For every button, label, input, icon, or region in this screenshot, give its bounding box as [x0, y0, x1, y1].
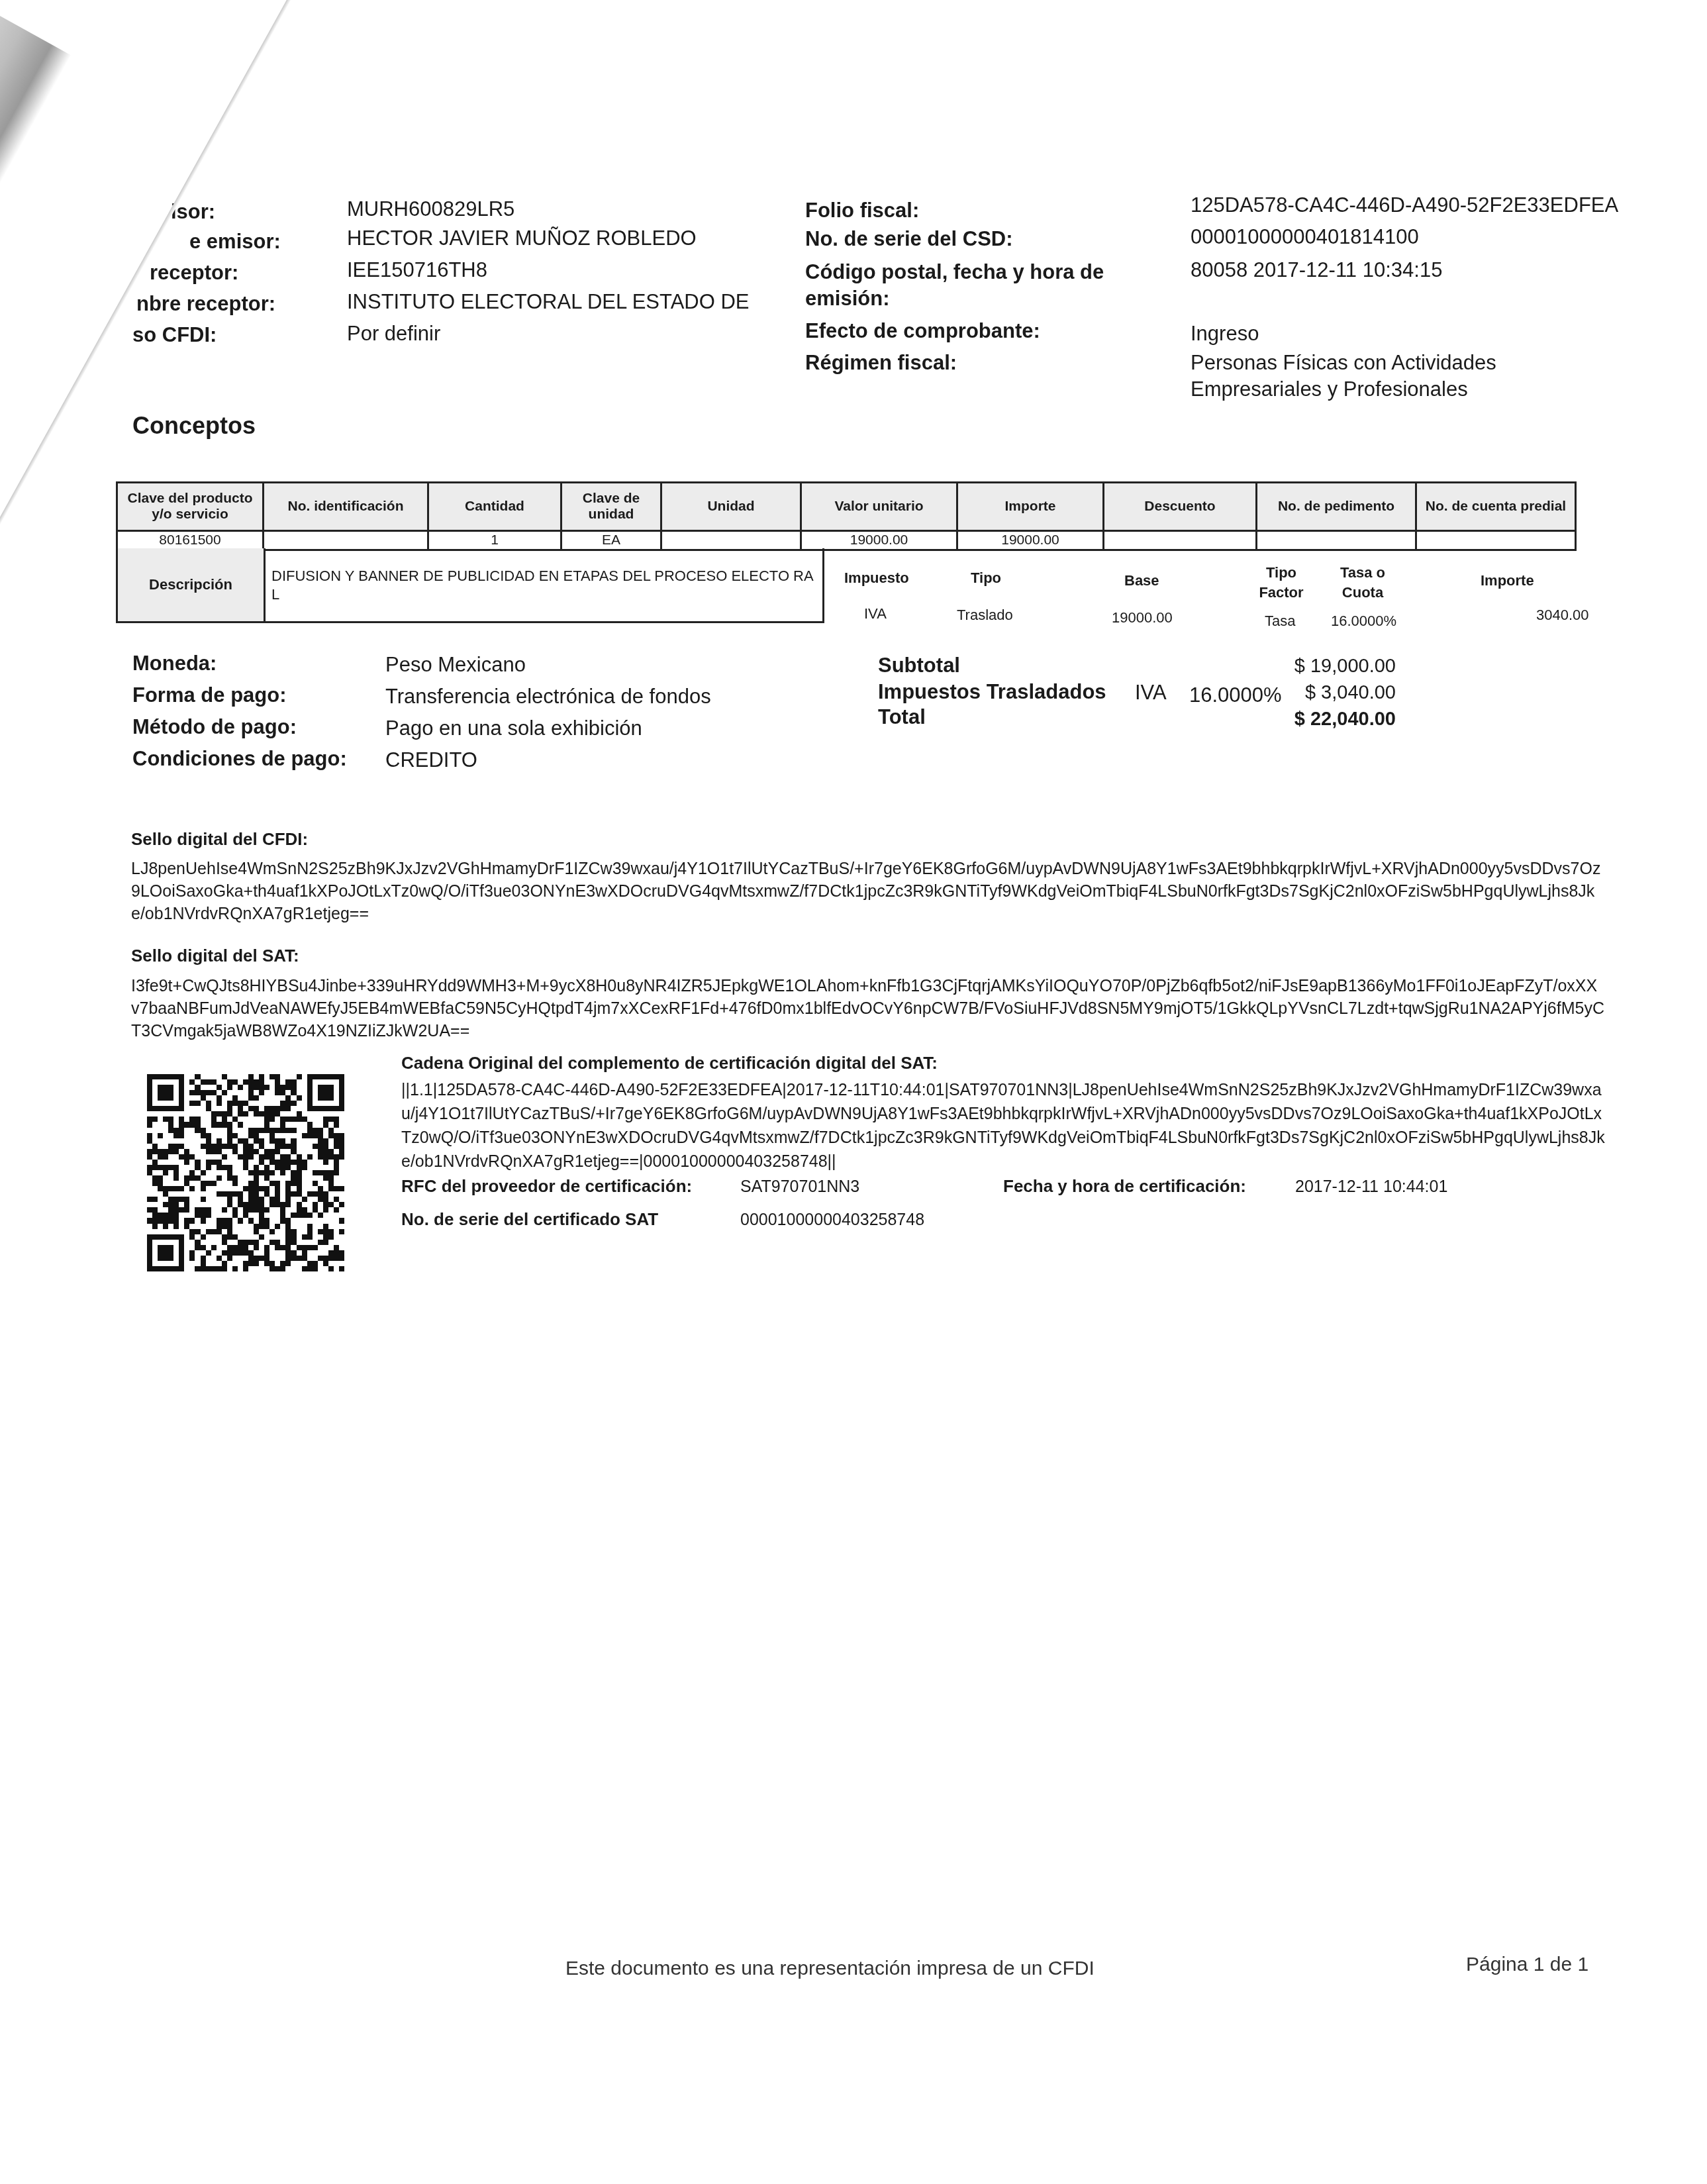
- page-number: Página 1 de 1: [1466, 1954, 1588, 1976]
- emisor-rfc-value: MURH600829LR5: [347, 197, 514, 221]
- impuestos-name: IVA: [1135, 681, 1167, 705]
- tax-tipo: Traslado: [957, 607, 1013, 624]
- cell-descuento: [1104, 531, 1257, 550]
- total-label: Total: [878, 705, 926, 729]
- serie-sat-label: No. de serie del certificado SAT: [401, 1209, 658, 1230]
- tax-header-importe: Importe: [1481, 571, 1534, 591]
- forma-pago-value: Transferencia electrónica de fondos: [385, 685, 711, 709]
- tax-tipo-factor: Tasa: [1265, 613, 1295, 630]
- condiciones-pago-label: Condiciones de pago:: [132, 747, 347, 771]
- col-importe: Importe: [957, 483, 1104, 531]
- emisor-name-label: e emisor:: [189, 230, 281, 254]
- descripcion-label: Descripción: [118, 548, 266, 621]
- efecto-label: Efecto de comprobante:: [805, 319, 1040, 343]
- footer-note: Este documento es una representación imp…: [565, 1958, 1095, 1980]
- cell-cantidad: 1: [428, 531, 561, 550]
- tax-base: 19000.00: [1112, 609, 1173, 626]
- tax-tasa: 16.0000%: [1331, 613, 1396, 630]
- conceptos-title: Conceptos: [132, 412, 256, 440]
- regimen-value: Personas Físicas con Actividades: [1191, 351, 1496, 375]
- rfc-proveedor-label: RFC del proveedor de certificación:: [401, 1176, 692, 1197]
- sello-sat-title: Sello digital del SAT:: [131, 946, 299, 966]
- cadena-title: Cadena Original del complemento de certi…: [401, 1053, 938, 1073]
- conceptos-header-row: Clave del producto y/o servicio No. iden…: [117, 483, 1576, 531]
- col-valor-unitario: Valor unitario: [801, 483, 957, 531]
- csd-value: 00001000000401814100: [1191, 225, 1419, 249]
- col-clave-unidad: Clave de unidad: [561, 483, 661, 531]
- conceptos-table: Clave del producto y/o servicio No. iden…: [116, 481, 1577, 551]
- col-unidad: Unidad: [661, 483, 801, 531]
- subtotal-value: $ 19,000.00: [1197, 656, 1396, 677]
- descripcion-text: DIFUSION Y BANNER DE PUBLICIDAD EN ETAPA…: [271, 567, 821, 604]
- folio-fiscal-value: 125DA578-CA4C-446D-A490-52F2E33EDFEA: [1191, 193, 1618, 217]
- cell-clave-unidad: EA: [561, 531, 661, 550]
- tax-importe: 3040.00: [1536, 607, 1589, 624]
- col-descuento: Descuento: [1104, 483, 1257, 531]
- regimen-label: Régimen fiscal:: [805, 351, 957, 375]
- rfc-proveedor-value: SAT970701NN3: [740, 1177, 859, 1197]
- tax-impuesto: IVA: [864, 605, 887, 622]
- receptor-name-value: INSTITUTO ELECTORAL DEL ESTADO DE: [347, 290, 750, 314]
- table-row: 80161500 1 EA 19000.00 19000.00: [117, 531, 1576, 550]
- uso-cfdi-label: so CFDI:: [132, 323, 217, 347]
- total-value: $ 22,040.00: [1197, 709, 1396, 730]
- col-no-pedimento: No. de pedimento: [1257, 483, 1416, 531]
- tax-header-impuesto: Impuesto: [844, 568, 909, 588]
- moneda-value: Peso Mexicano: [385, 653, 526, 677]
- tax-header-tipo: Tipo: [971, 568, 1001, 588]
- sello-sat-value: I3fe9t+CwQJts8HIYBSu4Jinbe+339uHRYdd9WMH…: [131, 975, 1604, 1042]
- csd-label: No. de serie del CSD:: [805, 227, 1013, 251]
- subtotal-label: Subtotal: [878, 654, 960, 677]
- qr-code-icon: [147, 1074, 344, 1271]
- cell-no-pedimento: [1257, 531, 1416, 550]
- serie-sat-value: 00001000000403258748: [740, 1211, 924, 1230]
- receptor-rfc-value: IEE150716TH8: [347, 258, 487, 282]
- tax-header-tasa-cuota: Tasa o Cuota: [1331, 563, 1394, 603]
- emisor-name-value: HECTOR JAVIER MUÑOZ ROBLEDO: [347, 226, 697, 250]
- cadena-value: ||1.1|125DA578-CA4C-446D-A490-52F2E33EDF…: [401, 1078, 1606, 1173]
- uso-cfdi-value: Por definir: [347, 322, 440, 346]
- sello-cfdi-value: LJ8penUehIse4WmSnN2S25zBh9KJxJzv2VGhHmam…: [131, 858, 1604, 925]
- moneda-label: Moneda:: [132, 652, 217, 675]
- tax-header-tipo-factor: Tipo Factor: [1255, 563, 1308, 603]
- metodo-pago-label: Método de pago:: [132, 715, 297, 739]
- cell-valor-unitario: 19000.00: [801, 531, 957, 550]
- cell-unidad: [661, 531, 801, 550]
- col-no-identificacion: No. identificación: [264, 483, 428, 531]
- regimen-value-2: Empresariales y Profesionales: [1191, 377, 1468, 401]
- impuestos-label: Impuestos Trasladados: [878, 680, 1106, 704]
- cp-fecha-label: Código postal, fecha y hora de: [805, 260, 1104, 284]
- cell-clave-producto: 80161500: [117, 531, 264, 550]
- forma-pago-label: Forma de pago:: [132, 683, 287, 707]
- fecha-certificacion-label: Fecha y hora de certificación:: [1003, 1176, 1246, 1197]
- sello-cfdi-title: Sello digital del CFDI:: [131, 829, 308, 850]
- fecha-certificacion-value: 2017-12-11 10:44:01: [1295, 1177, 1447, 1197]
- impuestos-value: $ 3,040.00: [1197, 682, 1396, 704]
- tax-header-base: Base: [1124, 571, 1159, 591]
- metodo-pago-value: Pago en una sola exhibición: [385, 717, 642, 740]
- cell-no-identificacion: [264, 531, 428, 550]
- cell-importe: 19000.00: [957, 531, 1104, 550]
- descripcion-box: Descripción DIFUSION Y BANNER DE PUBLICI…: [116, 548, 824, 623]
- efecto-value: Ingreso: [1191, 322, 1259, 346]
- page-fold-shadow: [0, 0, 71, 866]
- cp-fecha-value: 80058 2017-12-11 10:34:15: [1191, 258, 1442, 282]
- cp-fecha-label-2: emisión:: [805, 287, 889, 311]
- col-cantidad: Cantidad: [428, 483, 561, 531]
- col-clave-producto: Clave del producto y/o servicio: [117, 483, 264, 531]
- cell-no-cuenta-predial: [1416, 531, 1576, 550]
- folio-fiscal-label: Folio fiscal:: [805, 199, 919, 223]
- condiciones-pago-value: CREDITO: [385, 748, 477, 772]
- col-no-cuenta-predial: No. de cuenta predial: [1416, 483, 1576, 531]
- receptor-name-label: nbre receptor:: [136, 292, 275, 316]
- receptor-rfc-label: receptor:: [150, 261, 238, 285]
